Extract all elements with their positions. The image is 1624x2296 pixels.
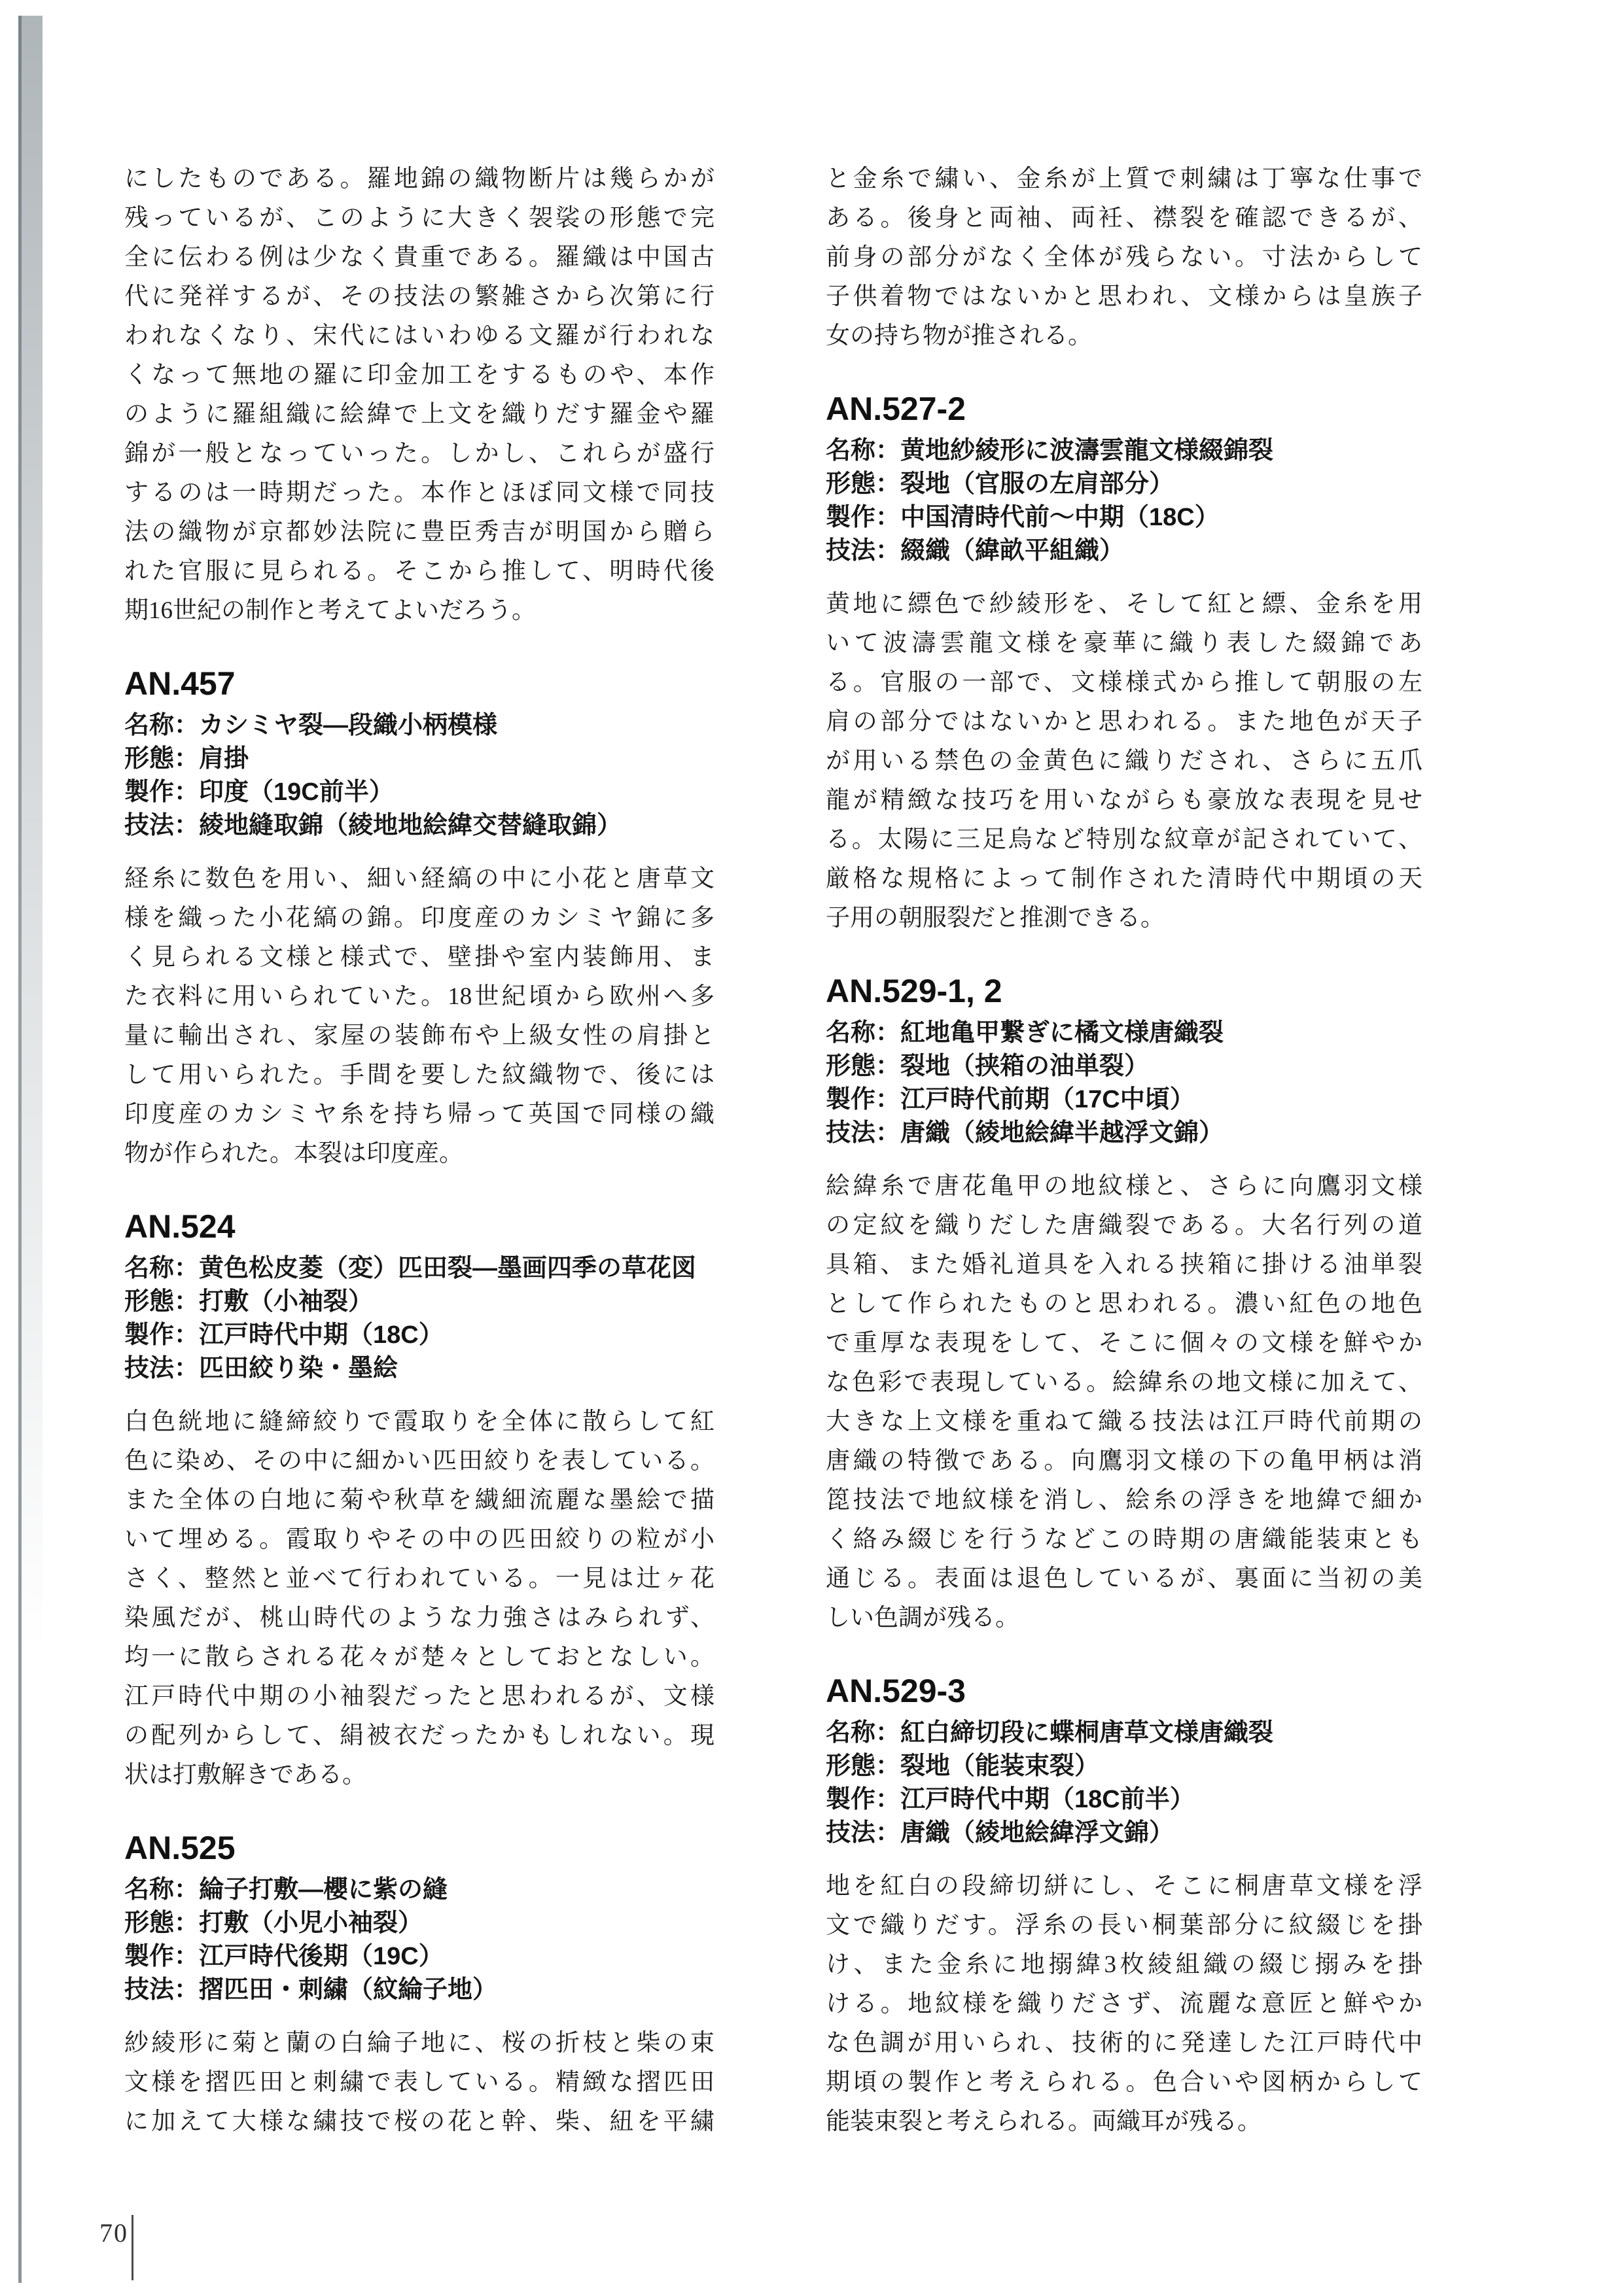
paragraph-line: 通じる。表面は退色しているが、裏面に当初の美: [826, 1559, 1422, 1599]
field-technique: 技法：匹田絞り染・墨絵: [124, 1352, 715, 1385]
paragraph-line: また全体の白地に菊や秋草を繊細流麗な墨絵で描: [124, 1481, 715, 1520]
field-form: 形態：打敷（小袖裂）: [124, 1285, 715, 1319]
paragraph-line: 龍が精緻な技巧を用いながらも豪放な表現を見せ: [826, 781, 1422, 820]
paragraph-line: 子用の朝服裂だと推測できる。: [826, 899, 1422, 938]
entry-id: AN.529-3: [826, 1672, 1422, 1710]
paragraph-line: くなって無地の羅に印金加工をするものや、本作: [124, 356, 715, 395]
intro-paragraph-left: にしたものである。羅地錦の織物断片は幾らかが 残っているが、このように大きく袈裟…: [124, 160, 715, 631]
paragraph-line: するのは一時期だった。本作とほぼ同文様で同技: [124, 474, 715, 513]
field-technique: 技法：摺匹田・刺繍（紋綸子地）: [124, 1974, 715, 2007]
paragraph-line: た衣料に用いられていた。18世紀頃から欧州へ多: [124, 977, 715, 1017]
field-production: 製作：江戸時代中期（18C前半）: [826, 1783, 1422, 1817]
field-name: 名称：黄地紗綾形に波濤雲龍文様綴錦裂: [826, 434, 1422, 468]
catalog-page: にしたものである。羅地錦の織物断片は幾らかが 残っているが、このように大きく袈裟…: [0, 0, 1624, 2296]
entry-id: AN.527-2: [826, 390, 1422, 428]
entry-AN457: AN.457 名称：カシミヤ裂―段織小柄模様 形態：肩掛 製作：印度（19C前半…: [124, 665, 715, 1174]
field-name: 名称：紅白締切段に蝶桐唐草文様唐織裂: [826, 1716, 1422, 1750]
paragraph-line: 法の織物が京都妙法院に豊臣秀吉が明国から贈ら: [124, 513, 715, 552]
paragraph-line: 均一に散らされる花々が楚々としておとなしい。: [124, 1638, 715, 1677]
entry-fields: 名称：黄色松皮菱（変）匹田裂―墨画四季の草花図 形態：打敷（小袖裂） 製作：江戸…: [124, 1252, 715, 1385]
entry-AN529-1-2: AN.529-1, 2 名称：紅地亀甲繋ぎに橘文様唐織裂 形態：裂地（挟箱の油単…: [826, 972, 1422, 1638]
entry-id: AN.457: [124, 665, 715, 703]
paragraph-line: 様を織った小花縞の錦。印度産のカシミヤ錦に多: [124, 899, 715, 938]
paragraph-line: 染風だが、桃山時代のような力強さはみられず、: [124, 1599, 715, 1638]
paragraph-line: の配列からして、絹被衣だったかもしれない。現: [124, 1716, 715, 1756]
page-number: 70: [99, 2218, 128, 2248]
entry-fields: 名称：紅白締切段に蝶桐唐草文様唐織裂 形態：裂地（能装束裂） 製作：江戸時代中期…: [826, 1716, 1422, 1850]
entry-paragraph: 地を紅白の段締切絣にし、そこに桐唐草文様を浮 文で織りだす。浮糸の長い桐葉部分に…: [826, 1867, 1422, 2142]
paragraph-line: 残っているが、このように大きく袈裟の形態で完: [124, 199, 715, 238]
paragraph-line: 唐織の特徴である。向鷹羽文様の下の亀甲柄は消: [826, 1442, 1422, 1481]
paragraph-line: る。太陽に三足烏など特別な紋章が記されていて、: [826, 820, 1422, 860]
intro-paragraph-right: と金糸で繍い、金糸が上質で刺繍は丁寧な仕事で ある。後身と両袖、両衽、襟裂を確認…: [826, 160, 1422, 356]
entry-AN527-2: AN.527-2 名称：黄地紗綾形に波濤雲龍文様綴錦裂 形態：裂地（官服の左肩部…: [826, 390, 1422, 938]
field-form: 形態：裂地（挟箱の油単裂）: [826, 1050, 1422, 1083]
entry-paragraph: 黄地に縹色で紗綾形を、そして紅と縹、金糸を用 いて波濤雲龍文様を豪華に織り表した…: [826, 585, 1422, 938]
paragraph-line: な色調が用いられ、技術的に発達した江戸時代中: [826, 2024, 1422, 2063]
paragraph-line: 全に伝わる例は少なく貴重である。羅織は中国古: [124, 238, 715, 277]
paragraph-line: 状は打敷解きである。: [124, 1756, 715, 1795]
field-production: 製作：江戸時代中期（18C）: [124, 1319, 715, 1352]
paragraph-line: る。官服の一部で、文様様式から推して朝服の左: [826, 663, 1422, 703]
paragraph-line: 女の持ち物が推される。: [826, 317, 1422, 356]
paragraph-line: 江戸時代中期の小袖裂だったと思われるが、文様: [124, 1677, 715, 1716]
paragraph-line: 色に染め、その中に細かい匹田絞りを表している。: [124, 1442, 715, 1481]
paragraph-line: として作られたものと思われる。濃い紅色の地色: [826, 1285, 1422, 1324]
paragraph-line: さく、整然と並べて行われている。一見は辻ヶ花: [124, 1559, 715, 1599]
field-form: 形態：裂地（能装束裂）: [826, 1750, 1422, 1783]
paragraph-line: 量に輸出され、家屋の装飾布や上級女性の肩掛と: [124, 1017, 715, 1056]
entry-paragraph: 白色絖地に縫締絞りで霞取りを全体に散らして紅 色に染め、その中に細かい匹田絞りを…: [124, 1402, 715, 1795]
paragraph-line: 錦が一般となっていった。しかし、これらが盛行: [124, 434, 715, 474]
entry-id: AN.525: [124, 1829, 715, 1867]
paragraph-line: 経糸に数色を用い、細い経縞の中に小花と唐草文: [124, 860, 715, 899]
entry-fields: 名称：カシミヤ裂―段織小柄模様 形態：肩掛 製作：印度（19C前半） 技法：綾地…: [124, 709, 715, 843]
field-production: 製作：中国清時代前～中期（18C）: [826, 501, 1422, 534]
paragraph-line: ある。後身と両袖、両衽、襟裂を確認できるが、: [826, 199, 1422, 238]
paragraph-line: が用いる禁色の金黄色に織りだされ、さらに五爪: [826, 742, 1422, 781]
paragraph-line: 厳格な規格によって制作された清時代中期頃の天: [826, 860, 1422, 899]
paragraph-line: 箆技法で地紋様を消し、絵糸の浮きを地緯で細か: [826, 1481, 1422, 1520]
paragraph-line: 紗綾形に菊と蘭の白綸子地に、桜の折枝と柴の束: [124, 2024, 715, 2063]
paragraph-line: して用いられた。手間を要した紋織物で、後には: [124, 1056, 715, 1095]
paragraph-line: のように羅組織に絵緯で上文を織りだす羅金や羅: [124, 395, 715, 434]
paragraph-line: く見られる文様と様式で、壁掛や室内装飾用、ま: [124, 938, 715, 977]
paragraph-line: 期16世紀の制作と考えてよいだろう。: [124, 591, 715, 631]
paragraph-line: 物が作られた。本裂は印度産。: [124, 1134, 715, 1174]
paragraph-line: ける。地紋様を織りださず、流麗な意匠と鮮やか: [826, 1985, 1422, 2024]
paragraph-line: 絵緯糸で唐花亀甲の地紋様と、さらに向鷹羽文様: [826, 1167, 1422, 1206]
entry-id: AN.524: [124, 1208, 715, 1245]
paragraph-line: 肩の部分ではないかと思われる。また地色が天子: [826, 703, 1422, 742]
book-spine-shadow: [22, 16, 43, 1651]
paragraph-line: 具箱、また婚礼道具を入れる挟箱に掛ける油単裂: [826, 1245, 1422, 1285]
entry-AN524: AN.524 名称：黄色松皮菱（変）匹田裂―墨画四季の草花図 形態：打敷（小袖裂…: [124, 1208, 715, 1795]
footer-rule: [132, 2215, 133, 2280]
field-name: 名称：綸子打敷―櫻に紫の縫: [124, 1873, 715, 1907]
field-technique: 技法：綴織（緯畝平組織）: [826, 534, 1422, 568]
paragraph-line: に加えて大様な繍技で桜の花と幹、柴、紐を平繍: [124, 2102, 715, 2142]
field-technique: 技法：唐織（綾地絵緯浮文錦）: [826, 1817, 1422, 1850]
field-name: 名称：カシミヤ裂―段織小柄模様: [124, 709, 715, 742]
paragraph-line: 文様を摺匹田と刺繍で表している。精緻な摺匹田: [124, 2063, 715, 2102]
entry-AN529-3: AN.529-3 名称：紅白締切段に蝶桐唐草文様唐織裂 形態：裂地（能装束裂） …: [826, 1672, 1422, 2142]
field-production: 製作：江戸時代前期（17C中頃）: [826, 1083, 1422, 1117]
paragraph-line: 印度産のカシミヤ糸を持ち帰って英国で同様の織: [124, 1095, 715, 1134]
field-form: 形態：裂地（官服の左肩部分）: [826, 468, 1422, 501]
field-production: 製作：印度（19C前半）: [124, 776, 715, 809]
paragraph-line: け、また金糸に地搦緯3枚綾組織の綴じ搦みを掛: [826, 1945, 1422, 1985]
paragraph-line: 大きな上文様を重ねて織る技法は江戸時代前期の: [826, 1402, 1422, 1442]
paragraph-line: いて波濤雲龍文様を豪華に織り表した綴錦であ: [826, 624, 1422, 663]
paragraph-line: な色彩で表現している。絵緯糸の地文様に加えて、: [826, 1363, 1422, 1402]
paragraph-line: 能装束裂と考えられる。両織耳が残る。: [826, 2102, 1422, 2142]
left-column: にしたものである。羅地錦の織物断片は幾らかが 残っているが、このように大きく袈裟…: [124, 160, 715, 2142]
paragraph-line: しい色調が残る。: [826, 1599, 1422, 1638]
right-column: と金糸で繍い、金糸が上質で刺繍は丁寧な仕事で ある。後身と両袖、両衽、襟裂を確認…: [826, 160, 1422, 2142]
entry-fields: 名称：紅地亀甲繋ぎに橘文様唐織裂 形態：裂地（挟箱の油単裂） 製作：江戸時代前期…: [826, 1017, 1422, 1150]
paragraph-line: 文で織りだす。浮糸の長い桐葉部分に紋綴じを掛: [826, 1906, 1422, 1945]
paragraph-line: れた官服に見られる。そこから推して、明時代後: [124, 552, 715, 591]
paragraph-line: にしたものである。羅地錦の織物断片は幾らかが: [124, 160, 715, 199]
entry-paragraph: 絵緯糸で唐花亀甲の地紋様と、さらに向鷹羽文様 の定紋を織りだした唐織裂である。大…: [826, 1167, 1422, 1638]
paragraph-line: 地を紅白の段締切絣にし、そこに桐唐草文様を浮: [826, 1867, 1422, 1906]
paragraph-line: の定紋を織りだした唐織裂である。大名行列の道: [826, 1206, 1422, 1245]
paragraph-line: で重厚な表現をして、そこに個々の文様を鮮やか: [826, 1324, 1422, 1363]
field-form: 形態：肩掛: [124, 742, 715, 776]
paragraph-line: 前身の部分がなく全体が残らない。寸法からして: [826, 238, 1422, 277]
paragraph-line: 黄地に縹色で紗綾形を、そして紅と縹、金糸を用: [826, 585, 1422, 624]
field-form: 形態：打敷（小児小袖裂）: [124, 1907, 715, 1940]
field-name: 名称：紅地亀甲繋ぎに橘文様唐織裂: [826, 1017, 1422, 1050]
paragraph-line: 期頃の製作と考えられる。色合いや図柄からして: [826, 2063, 1422, 2102]
paragraph-line: と金糸で繍い、金糸が上質で刺繍は丁寧な仕事で: [826, 160, 1422, 199]
field-production: 製作：江戸時代後期（19C）: [124, 1940, 715, 1974]
entry-fields: 名称：綸子打敷―櫻に紫の縫 形態：打敷（小児小袖裂） 製作：江戸時代後期（19C…: [124, 1873, 715, 2007]
entry-id: AN.529-1, 2: [826, 972, 1422, 1010]
field-technique: 技法：綾地縫取錦（綾地地絵緯交替縫取錦）: [124, 809, 715, 843]
paragraph-line: く絡み綴じを行うなどこの時期の唐織能装束とも: [826, 1520, 1422, 1559]
entry-AN525: AN.525 名称：綸子打敷―櫻に紫の縫 形態：打敷（小児小袖裂） 製作：江戸時…: [124, 1829, 715, 2142]
field-name: 名称：黄色松皮菱（変）匹田裂―墨画四季の草花図: [124, 1252, 715, 1285]
paragraph-line: 子供着物ではないかと思われ、文様からは皇族子: [826, 277, 1422, 317]
paragraph-line: 代に発祥するが、その技法の繁雑さから次第に行: [124, 277, 715, 317]
field-technique: 技法：唐織（綾地絵緯半越浮文錦）: [826, 1117, 1422, 1150]
entry-fields: 名称：黄地紗綾形に波濤雲龍文様綴錦裂 形態：裂地（官服の左肩部分） 製作：中国清…: [826, 434, 1422, 568]
paragraph-line: 白色絖地に縫締絞りで霞取りを全体に散らして紅: [124, 1402, 715, 1442]
paragraph-line: いて埋める。霞取りやその中の匹田絞りの粒が小: [124, 1520, 715, 1559]
paragraph-line: われなくなり、宋代にはいわゆる文羅が行われな: [124, 317, 715, 356]
entry-paragraph: 紗綾形に菊と蘭の白綸子地に、桜の折枝と柴の束 文様を摺匹田と刺繍で表している。精…: [124, 2024, 715, 2142]
entry-paragraph: 経糸に数色を用い、細い経縞の中に小花と唐草文 様を織った小花縞の錦。印度産のカシ…: [124, 860, 715, 1174]
